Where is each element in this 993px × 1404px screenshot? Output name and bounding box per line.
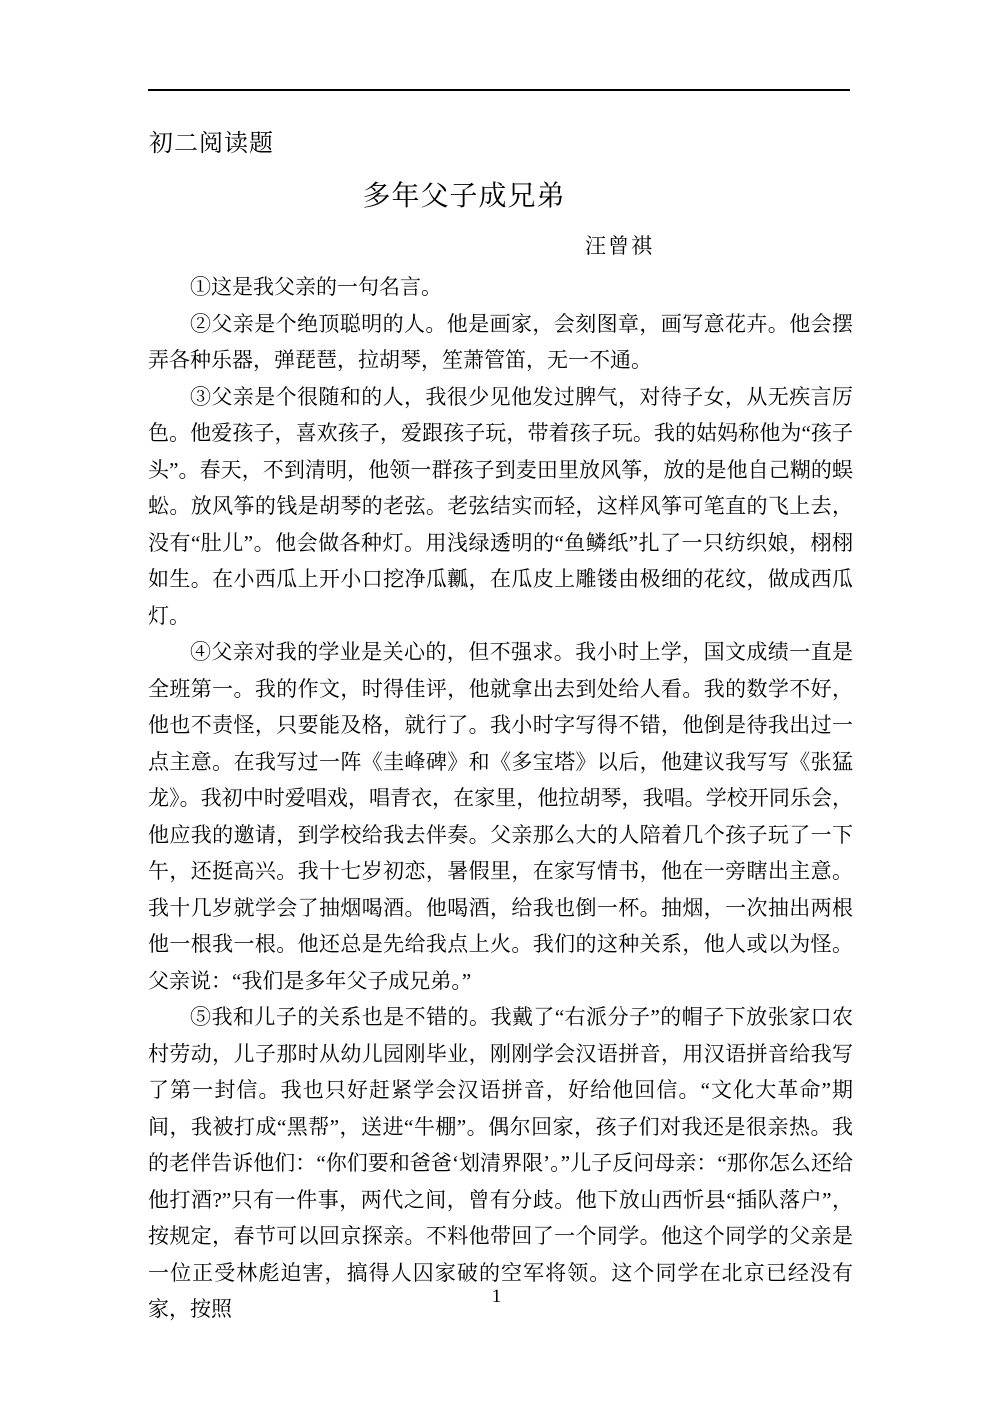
article-title: 多年父子成兄弟: [112, 180, 816, 214]
doc-heading: 初二阅读题: [149, 129, 274, 159]
article-author: 汪曾祺: [585, 233, 654, 259]
paragraph-1: ①这是我父亲的一句名言。: [148, 269, 853, 306]
article-body: ①这是我父亲的一句名言。 ②父亲是个绝顶聪明的人。他是画家，会刻图章，画写意花卉…: [148, 269, 853, 1328]
document-page: 初二阅读题 多年父子成兄弟 汪曾祺 ①这是我父亲的一句名言。 ②父亲是个绝顶聪明…: [0, 0, 993, 1404]
paragraph-3: ③父亲是个很随和的人，我很少见他发过脾气，对待子女，从无疾言厉色。他爱孩子，喜欢…: [148, 379, 853, 635]
paragraph-2: ②父亲是个绝顶聪明的人。他是画家，会刻图章，画写意花卉。他会摆弄各种乐器，弹琵琶…: [148, 306, 853, 379]
page-number: 1: [0, 1285, 993, 1309]
header-divider: [148, 89, 850, 91]
paragraph-5: ⑤我和儿子的关系也是不错的。我戴了“右派分子”的帽子下放张家口农村劳动，儿子那时…: [148, 999, 853, 1328]
paragraph-4: ④父亲对我的学业是关心的，但不强求。我小时上学，国文成绩一直是全班第一。我的作文…: [148, 634, 853, 999]
